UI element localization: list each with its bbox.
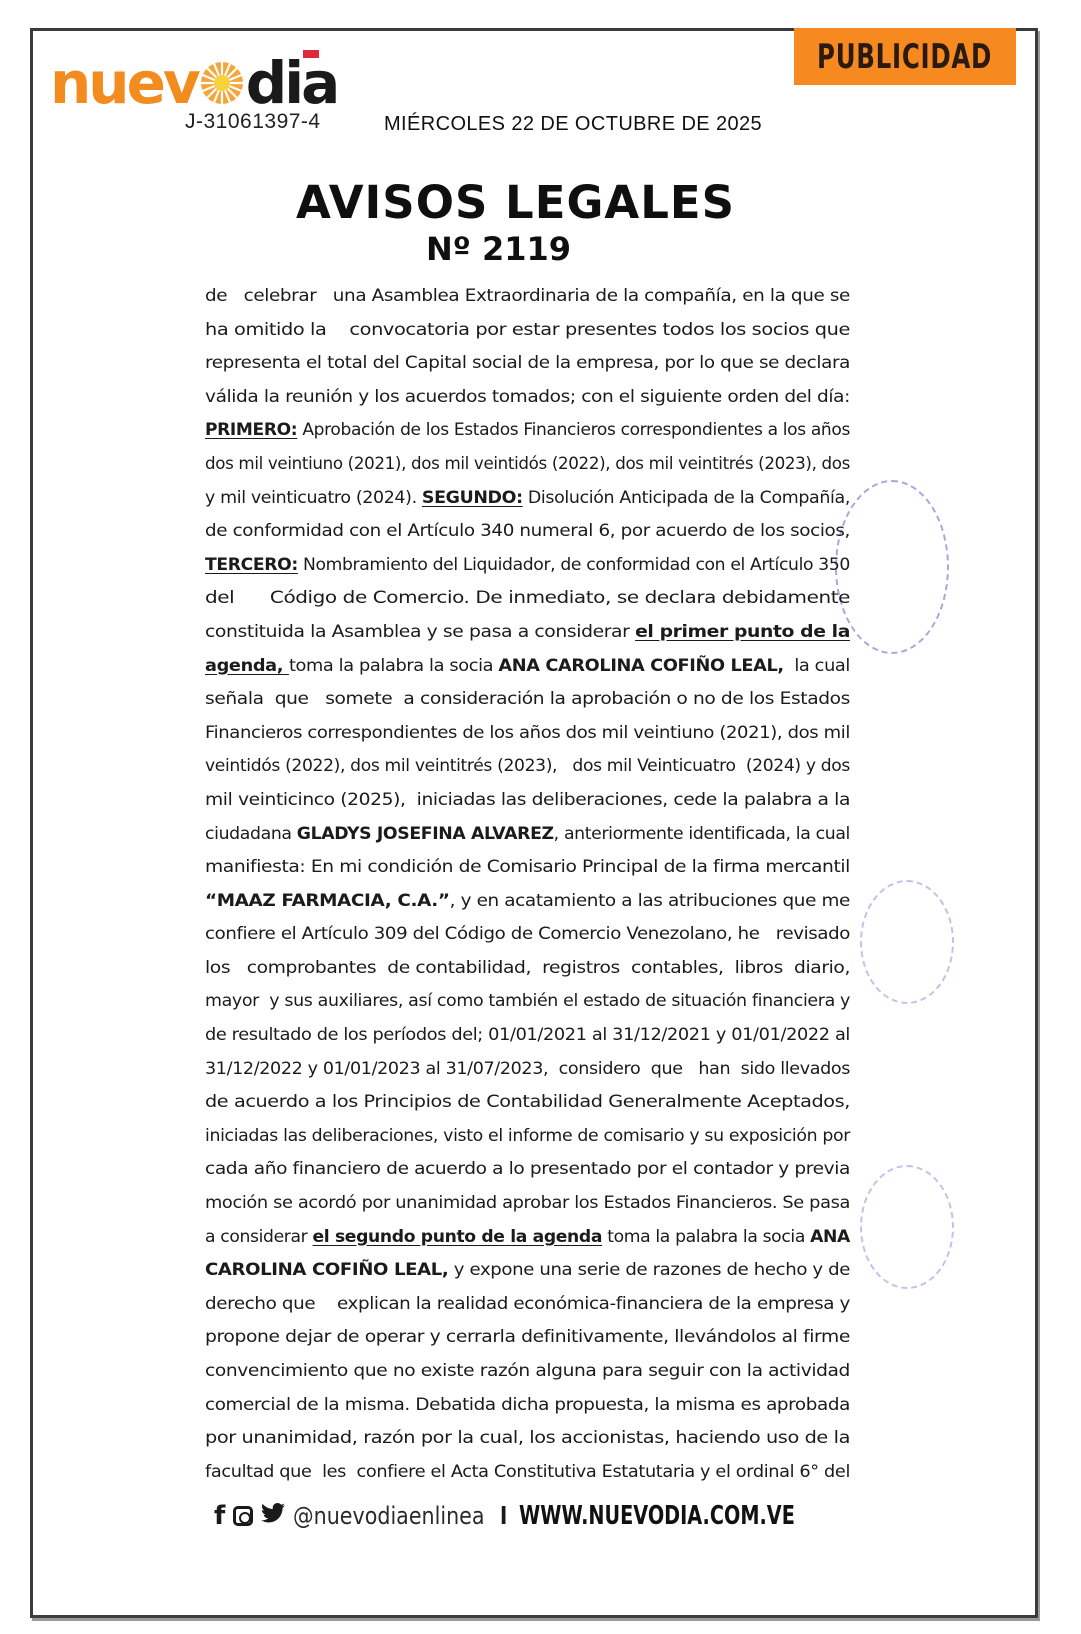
text-segment: manifiesta: En mi condición de Comisario… <box>205 857 850 877</box>
logo-text-part2: dia <box>246 58 338 108</box>
text-line: 31/12/2022 y 01/01/2023 al 31/07/2023, c… <box>205 1053 850 1087</box>
text-line: CAROLINA COFIÑO LEAL, y expone una serie… <box>205 1254 850 1288</box>
text-segment: derecho que explican la realidad económi… <box>205 1294 850 1314</box>
bold-name: GLADYS JOSEFINA ALVAREZ <box>297 824 554 844</box>
text-line: dos mil veintiuno (2021), dos mil veinti… <box>205 448 850 482</box>
text-segment: de conformidad con el Artículo 340 numer… <box>205 521 850 541</box>
separator: I <box>500 1500 507 1531</box>
publicidad-label: PUBLICIDAD <box>817 37 992 77</box>
sun-icon <box>199 60 245 106</box>
text-segment: Financieros correspondientes de los años… <box>205 723 850 743</box>
text-line: de acuerdo a los Principios de Contabili… <box>205 1086 850 1120</box>
text-line: de conformidad con el Artículo 340 numer… <box>205 515 850 549</box>
text-line: cada año financiero de acuerdo a lo pres… <box>205 1153 850 1187</box>
text-segment: Disolución Anticipada de la Compañía, <box>523 488 850 508</box>
text-segment: de celebrar una Asamblea Extraordinaria … <box>205 286 850 306</box>
rif-number: J-31061397-4 <box>185 110 321 134</box>
text-segment: Aprobación de los Estados Financieros co… <box>297 420 850 440</box>
text-line: y mil veinticuatro (2024). SEGUNDO: Diso… <box>205 482 850 516</box>
text-segment: Nombramiento del Liquidador, de conformi… <box>298 555 850 575</box>
text-segment: iniciadas las deliberaciones, visto el i… <box>205 1126 850 1146</box>
website-link[interactable]: WWW.NUEVODIA.COM.VE <box>519 1501 795 1531</box>
issue-number: Nº 2119 <box>426 230 571 268</box>
text-segment: mil veinticinco (2025), iniciadas las de… <box>205 790 850 810</box>
text-segment: señala que somete a consideración la apr… <box>205 689 850 709</box>
text-line: a considerar el segundo punto de la agen… <box>205 1221 850 1255</box>
text-line: de resultado de los períodos del; 01/01/… <box>205 1019 850 1053</box>
section-title: AVISOS LEGALES <box>0 176 1081 229</box>
text-line: constituida la Asamblea y se pasa a cons… <box>205 616 850 650</box>
text-line: propone dejar de operar y cerrarla defin… <box>205 1321 850 1355</box>
logo-text-part1: nuev <box>50 58 198 108</box>
text-segment: , y en acatamiento a las atribuciones qu… <box>450 891 850 911</box>
text-line: manifiesta: En mi condición de Comisario… <box>205 851 850 885</box>
text-line: señala que somete a consideración la apr… <box>205 683 850 717</box>
bold-name: ANA <box>810 1227 850 1247</box>
instagram-icon[interactable] <box>233 1506 253 1526</box>
text-segment: comercial de la misma. Debatida dicha pr… <box>205 1395 850 1415</box>
legal-notice-body: de celebrar una Asamblea Extraordinaria … <box>205 280 850 1489</box>
publicidad-tab: PUBLICIDAD <box>794 28 1016 85</box>
nuevo-dia-logo: nuev dia <box>50 48 337 108</box>
text-segment: cada año financiero de acuerdo a lo pres… <box>205 1159 850 1179</box>
text-line: convencimiento que no existe razón algun… <box>205 1355 850 1389</box>
text-segment: del Código de Comercio. De inmediato, se… <box>205 588 850 608</box>
text-line: moción se acordó por unanimidad aprobar … <box>205 1187 850 1221</box>
text-segment: 31/12/2022 y 01/01/2023 al 31/07/2023, c… <box>205 1059 850 1079</box>
text-segment: moción se acordó por unanimidad aprobar … <box>205 1193 850 1213</box>
bold-name: ANA CAROLINA COFIÑO LEAL, <box>498 656 783 676</box>
text-segment: ha omitido la convocatoria por estar pre… <box>205 320 850 340</box>
text-line: por unanimidad, razón por la cual, los a… <box>205 1422 850 1456</box>
text-line: Financieros correspondientes de los años… <box>205 717 850 751</box>
underlined-heading: el primer punto de la <box>635 622 850 642</box>
text-segment: válida la reunión y los acuerdos tomados… <box>205 387 850 407</box>
underlined-heading: SEGUNDO: <box>422 488 523 508</box>
underlined-heading: el segundo punto de la agenda <box>312 1227 602 1247</box>
text-line: confiere el Artículo 309 del Código de C… <box>205 918 850 952</box>
text-segment: dos mil veintiuno (2021), dos mil veinti… <box>205 454 850 474</box>
text-segment: representa el total del Capital social d… <box>205 353 850 373</box>
text-line: “MAAZ FARMACIA, C.A.”, y en acatamiento … <box>205 885 850 919</box>
text-segment: y expone una serie de razones de hecho y… <box>448 1260 850 1280</box>
bold-name: CAROLINA COFIÑO LEAL, <box>205 1260 448 1280</box>
text-segment: ciudadana <box>205 824 297 844</box>
text-line: válida la reunión y los acuerdos tomados… <box>205 381 850 415</box>
bold-name: “MAAZ FARMACIA, C.A.” <box>205 891 450 911</box>
text-segment: facultad que les confiere el Acta Consti… <box>205 1462 850 1482</box>
text-line: mayor y sus auxiliares, así como también… <box>205 985 850 1019</box>
section-title-text: AVISOS LEGALES <box>296 176 735 229</box>
underlined-heading: TERCERO: <box>205 555 298 575</box>
seal-stamp <box>860 880 954 1004</box>
text-segment: y mil veinticuatro (2024). <box>205 488 422 508</box>
text-line: comercial de la misma. Debatida dicha pr… <box>205 1389 850 1423</box>
social-handle[interactable]: @nuevodiaenlinea <box>293 1502 485 1530</box>
text-segment: los comprobantes de contabilidad, regist… <box>205 958 850 978</box>
facebook-icon[interactable]: f <box>214 1503 225 1529</box>
text-segment: propone dejar de operar y cerrarla defin… <box>205 1327 850 1347</box>
text-line: PRIMERO: Aprobación de los Estados Finan… <box>205 414 850 448</box>
text-segment: mayor y sus auxiliares, así como también… <box>205 991 850 1011</box>
text-segment: , anteriormente identificada, la cual <box>554 824 850 844</box>
underlined-heading: PRIMERO: <box>205 420 297 440</box>
publication-date: MIÉRCOLES 22 DE OCTUBRE DE 2025 <box>384 113 762 136</box>
text-segment: a considerar <box>205 1227 312 1247</box>
text-segment: por unanimidad, razón por la cual, los a… <box>205 1428 850 1448</box>
text-line: los comprobantes de contabilidad, regist… <box>205 952 850 986</box>
footer: f @nuevodiaenlinea I WWW.NUEVODIA.COM.VE <box>0 1500 1081 1531</box>
seal-stamp <box>860 1165 954 1289</box>
text-segment: veintidós (2022), dos mil veintitrés (20… <box>205 756 850 776</box>
text-line: ciudadana GLADYS JOSEFINA ALVAREZ, anter… <box>205 818 850 852</box>
text-segment: toma la palabra la socia <box>289 656 498 676</box>
text-line: del Código de Comercio. De inmediato, se… <box>205 582 850 616</box>
text-line: veintidós (2022), dos mil veintitrés (20… <box>205 750 850 784</box>
text-segment: de resultado de los períodos del; 01/01/… <box>205 1025 850 1045</box>
text-line: de celebrar una Asamblea Extraordinaria … <box>205 280 850 314</box>
logo-accent-mark <box>303 50 319 58</box>
text-segment: convencimiento que no existe razón algun… <box>205 1361 850 1381</box>
text-line: ha omitido la convocatoria por estar pre… <box>205 314 850 348</box>
text-line: TERCERO: Nombramiento del Liquidador, de… <box>205 549 850 583</box>
text-line: representa el total del Capital social d… <box>205 347 850 381</box>
text-line: facultad que les confiere el Acta Consti… <box>205 1456 850 1490</box>
text-line: iniciadas las deliberaciones, visto el i… <box>205 1120 850 1154</box>
text-segment: de acuerdo a los Principios de Contabili… <box>205 1092 850 1112</box>
text-segment: la cual <box>784 656 850 676</box>
text-line: mil veinticinco (2025), iniciadas las de… <box>205 784 850 818</box>
text-segment: confiere el Artículo 309 del Código de C… <box>205 924 850 944</box>
text-line: agenda, toma la palabra la socia ANA CAR… <box>205 650 850 684</box>
underlined-heading: agenda, <box>205 656 289 676</box>
twitter-icon[interactable] <box>261 1503 285 1528</box>
seal-stamp <box>835 480 949 654</box>
text-segment: constituida la Asamblea y se pasa a cons… <box>205 622 635 642</box>
text-segment: toma la palabra la socia <box>602 1227 810 1247</box>
text-line: derecho que explican la realidad económi… <box>205 1288 850 1322</box>
